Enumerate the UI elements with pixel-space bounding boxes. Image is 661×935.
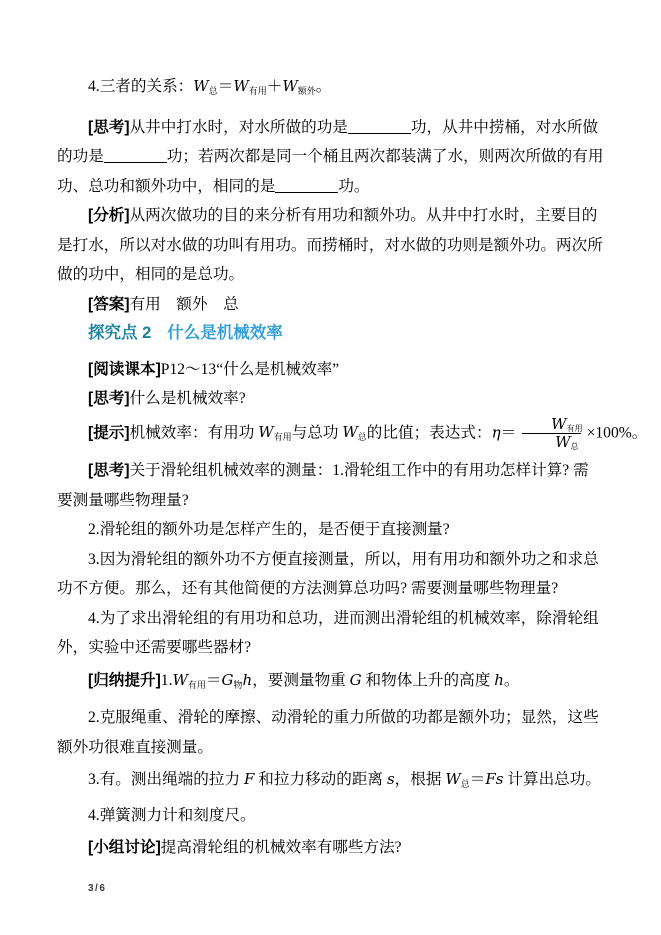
section-heading-title: 什么是机械效率 (167, 324, 283, 342)
text-segment: ，根据 (395, 771, 446, 788)
text-segment: 。 (316, 78, 332, 95)
variable-h: h (243, 671, 253, 689)
paragraph: 是打水，所以对水做的功叫有用功。而捞桶时，对水做的功则是额外功。两次所 (57, 231, 605, 261)
text-segment: 4.三者的关系： (88, 78, 193, 95)
paragraph: 功、总功和额外功中，相同的是功。 (57, 172, 605, 202)
subscript: 总 (209, 87, 218, 97)
text-segment: 功；若两次都是同一个桶且两次都装满了水，则两次所做的有用 (167, 148, 604, 165)
paragraph: [思考]什么是机械效率? (57, 384, 605, 414)
tag-label: [思考] (88, 390, 130, 407)
paragraph: 4.弹簧测力计和刻度尺。 (57, 801, 605, 831)
variable-eta: η (492, 423, 501, 441)
document-content: 4.三者的关系：W总＝W有用＋W额外。 [思考]从井中打水时，对水所做的功是功，… (57, 72, 605, 863)
paragraph: 4.三者的关系：W总＝W有用＋W额外。 (57, 72, 605, 108)
blank-underline (104, 159, 167, 163)
paragraph: [分析]从两次做功的目的来分析有用功和额外功。从井中打水时，主要目的 (57, 201, 605, 231)
page-number: 3/6 (88, 883, 106, 894)
operator: ＝ (218, 78, 234, 95)
text-segment: 提高滑轮组的机械效率有哪些方法? (161, 839, 402, 856)
variable-g: G (350, 671, 362, 689)
text-segment: 有用 额外 总 (130, 296, 239, 313)
text-segment: 要测量哪些物理量? (57, 492, 189, 509)
subscript: 总 (571, 442, 579, 451)
text-segment: 功不方便。那么，还有其他简便的方法测算总功吗? 需要测量哪些物理量? (57, 580, 558, 597)
paragraph: 要测量哪些物理量? (57, 486, 605, 516)
text-segment: 4.弹簧测力计和刻度尺。 (88, 807, 256, 824)
tag-label: [思考] (88, 462, 130, 479)
text-segment: 是打水，所以对水做的功叫有用功。而捞桶时，对水做的功则是额外功。两次所 (57, 237, 603, 254)
text-segment: 功。 (338, 178, 369, 195)
text-segment: P12～13“什么是机械效率” (161, 361, 339, 378)
text-segment: 1. (161, 672, 173, 689)
tag-label: [思考] (88, 119, 130, 136)
text-segment: ，要测量物重 (252, 672, 349, 689)
paragraph: 2.克服绳重、滑轮的摩擦、动滑轮的重力所做的功都是额外功；显然，这些 (57, 703, 605, 733)
paragraph: [思考]从井中打水时，对水所做的功是功，从井中捞桶，对水所做 (57, 113, 605, 143)
paragraph: 2.滑轮组的额外功是怎样产生的，是否便于直接测量? (57, 515, 605, 545)
subscript: 物 (234, 681, 243, 691)
variable-w-total: W总 (445, 770, 469, 788)
variable-g-object: G物 (222, 671, 243, 689)
text-segment: 的功是 (57, 148, 104, 165)
paragraph: 3.因为滑轮组的额外功不方便直接测量，所以，用有用功和额外功之和求总 (57, 545, 605, 575)
tag-label: [提示] (88, 424, 130, 441)
text-segment: 额外功很难直接测量。 (57, 739, 213, 756)
text-segment: ×100%。 (587, 424, 648, 441)
paragraph: [阅读课本]P12～13“什么是机械效率” (57, 355, 605, 385)
text-segment: 功、总功和额外功中，相同的是 (57, 178, 275, 195)
fraction-denominator: W总 (522, 433, 580, 451)
operator: ＝ (501, 424, 517, 441)
blank-underline (348, 130, 411, 134)
paragraph: [答案]有用 额外 总 (57, 290, 605, 320)
text-segment: 做的功中，相同的是总功。 (57, 266, 244, 283)
text-segment: 从井中打水时，对水所做的功是 (130, 119, 348, 136)
tag-label: [小组讨论] (88, 839, 161, 856)
subscript: 总 (461, 780, 470, 790)
text-segment: 2.克服绳重、滑轮的摩擦、动滑轮的重力所做的功都是额外功；显然，这些 (88, 709, 599, 726)
variable-f: F (485, 770, 495, 788)
variable-w-total: W总 (342, 423, 366, 441)
variable-w-useful: W有用 (172, 671, 205, 689)
text-segment: 3.因为滑轮组的额外功不方便直接测量，所以，用有用功和额外功之和求总 (88, 551, 599, 568)
text-segment: 关于滑轮组机械效率的测量：1.滑轮组工作中的有用功怎样计算? 需 (130, 462, 589, 479)
operator: ＋ (267, 78, 283, 95)
variable-w-extra: W额外 (282, 77, 315, 95)
paragraph: [小组讨论]提高滑轮组的机械效率有哪些方法? (57, 833, 605, 863)
text-segment: 3.有。测出绳端的拉力 (88, 771, 244, 788)
section-heading-number: 探究点 2 (88, 324, 151, 342)
text-segment: 的比值；表达式： (367, 424, 492, 441)
subscript: 有用 (274, 433, 292, 443)
tag-label: [归纳提升] (88, 672, 161, 689)
variable-w-useful: W有用 (233, 77, 266, 95)
paragraph: [归纳提升]1.W有用＝G物h，要测量物重 G 和物体上升的高度 h。 (57, 666, 605, 702)
text-segment: 外，实验中还需要哪些器材? (57, 639, 251, 656)
paragraph: 外，实验中还需要哪些器材? (57, 633, 605, 663)
section-heading: 探究点 2什么是机械效率 (57, 319, 605, 349)
tag-label: [阅读课本] (88, 361, 161, 378)
fraction-efficiency: W有用W总 (518, 416, 584, 452)
subscript: 额外 (298, 87, 316, 97)
operator: ＝ (206, 672, 222, 689)
tag-label: [分析] (88, 207, 130, 224)
subscript: 有用 (249, 87, 267, 97)
text-segment: 和拉力移动的距离 (254, 771, 387, 788)
variable-h: h (494, 671, 504, 689)
text-segment: 2.滑轮组的额外功是怎样产生的，是否便于直接测量? (88, 521, 450, 538)
paragraph: 功不方便。那么，还有其他简便的方法测算总功吗? 需要测量哪些物理量? (57, 574, 605, 604)
paragraph: 做的功中，相同的是总功。 (57, 260, 605, 290)
variable-w-useful: W有用 (258, 423, 291, 441)
paragraph: 的功是功；若两次都是同一个桶且两次都装满了水，则两次所做的有用 (57, 142, 605, 172)
operator: ＝ (470, 771, 486, 788)
subscript: 有用 (188, 681, 206, 691)
paragraph: [思考]关于滑轮组机械效率的测量：1.滑轮组工作中的有用功怎样计算? 需 (57, 456, 605, 486)
text-segment: 。 (504, 672, 520, 689)
text-segment: 和物体上升的高度 (362, 672, 495, 689)
variable-w-total: W总 (193, 77, 217, 95)
text-segment: 机械效率：有用功 (130, 424, 259, 441)
variable-f: F (244, 770, 254, 788)
variable-s: s (387, 770, 395, 788)
text-segment: 功，从井中捞桶，对水所做 (411, 119, 598, 136)
fraction-numerator: W有用 (518, 416, 584, 433)
text-segment: 计算出总功。 (504, 771, 601, 788)
variable-s: s (496, 770, 504, 788)
text-segment: 与总功 (292, 424, 343, 441)
paragraph: [提示]机械效率：有用功 W有用与总功 W总的比值；表达式：η＝W有用W总×10… (57, 416, 605, 454)
subscript: 总 (358, 433, 367, 443)
tag-label: [答案] (88, 296, 130, 313)
blank-underline (275, 189, 338, 193)
text-segment: 什么是机械效率? (130, 390, 246, 407)
text-segment: 从两次做功的目的来分析有用功和额外功。从井中打水时，主要目的 (130, 207, 598, 224)
document-page: 4.三者的关系：W总＝W有用＋W额外。 [思考]从井中打水时，对水所做的功是功，… (0, 0, 661, 935)
paragraph: 4.为了求出滑轮组的有用功和总功，进而测出滑轮组的机械效率，除滑轮组 (57, 604, 605, 634)
text-segment: 4.为了求出滑轮组的有用功和总功，进而测出滑轮组的机械效率，除滑轮组 (88, 610, 599, 627)
subscript: 有用 (567, 424, 583, 433)
paragraph: 3.有。测出绳端的拉力 F 和拉力移动的距离 s，根据 W总＝Fs 计算出总功。 (57, 765, 605, 801)
paragraph: 额外功很难直接测量。 (57, 733, 605, 763)
